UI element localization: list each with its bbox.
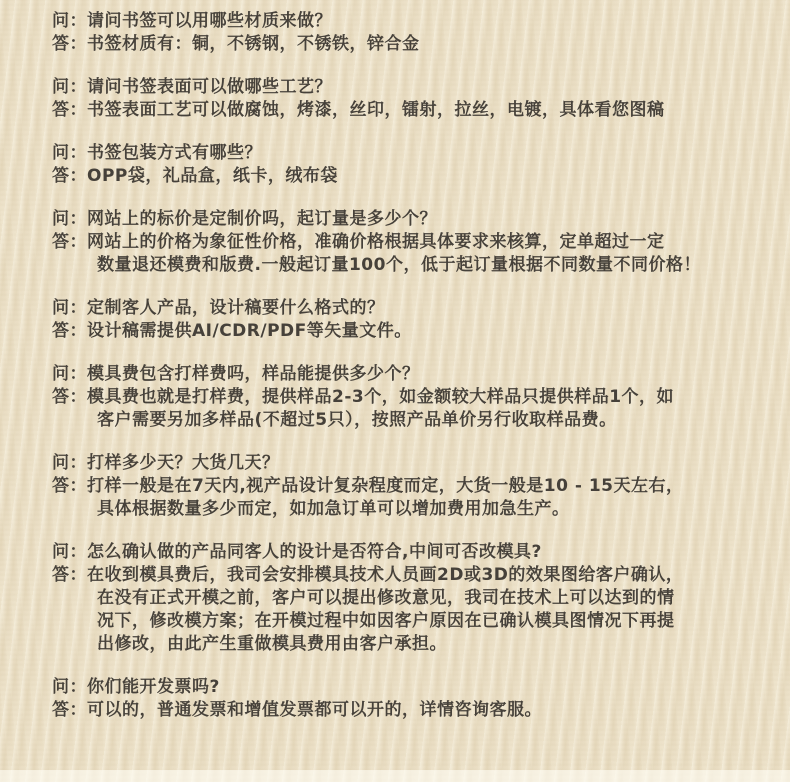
faq-item: 问： 你们能开发票吗? 答： 可以的，普通发票和增值发票都可以开的，详情咨询客服… xyxy=(52,676,762,722)
faq-item: 问： 请问书签表面可以做哪些工艺？ 答： 书签表面工艺可以做腐蚀，烤漆，丝印，镭… xyxy=(52,76,762,122)
faq-page: 问： 请问书签可以用哪些材质来做？ 答： 书签材质有：铜，不锈钢，不锈铁，锌合金… xyxy=(0,0,790,782)
faq-item: 问： 打样多少天？大货几天？ 答： 打样一般是在7天内,视产品设计复杂程度而定，… xyxy=(52,452,762,521)
question-text: 打样多少天？大货几天？ xyxy=(87,452,280,475)
answer-text: 打样一般是在7天内,视产品设计复杂程度而定，大货一般是10 - 15天左右， 具… xyxy=(87,475,684,521)
question-line: 问： 定制客人产品，设计稿要什么格式的？ xyxy=(52,297,762,320)
question-text: 请问书签表面可以做哪些工艺？ xyxy=(87,76,332,99)
answer-text: 设计稿需提供AI/CDR/PDF等矢量文件。 xyxy=(87,320,412,343)
answer-line: 答： OPP袋，礼品盒，纸卡，绒布袋 xyxy=(52,165,762,188)
question-prefix: 问： xyxy=(52,208,87,231)
answer-text: 书签材质有：铜，不锈钢，不锈铁，锌合金 xyxy=(87,33,420,56)
answer-text: 可以的，普通发票和增值发票都可以开的，详情咨询客服。 xyxy=(87,699,542,722)
faq-list: 问： 请问书签可以用哪些材质来做？ 答： 书签材质有：铜，不锈钢，不锈铁，锌合金… xyxy=(0,0,790,722)
answer-text: 在收到模具费后，我司会安排模具技术人员画2D或3D的效果图给客户确认， 在没有正… xyxy=(87,564,683,656)
question-text: 请问书签可以用哪些材质来做？ xyxy=(87,10,332,33)
question-line: 问： 请问书签可以用哪些材质来做？ xyxy=(52,10,762,33)
question-text: 网站上的标价是定制价吗，起订量是多少个？ xyxy=(87,208,437,231)
answer-text: 模具费也就是打样费，提供样品2-3个，如金额较大样品只提供样品1个，如 客户需要… xyxy=(87,386,674,432)
answer-text: 书签表面工艺可以做腐蚀，烤漆，丝印，镭射，拉丝，电镀，具体看您图稿 xyxy=(87,99,665,122)
question-prefix: 问： xyxy=(52,76,87,99)
answer-prefix: 答： xyxy=(52,564,87,587)
question-text: 你们能开发票吗? xyxy=(87,676,220,699)
answer-prefix: 答： xyxy=(52,165,87,188)
question-text: 书签包装方式有哪些？ xyxy=(87,142,262,165)
answer-prefix: 答： xyxy=(52,475,87,498)
faq-item: 问： 怎么确认做的产品同客人的设计是否符合,中间可否改模具? 答： 在收到模具费… xyxy=(52,541,762,656)
question-line: 问： 怎么确认做的产品同客人的设计是否符合,中间可否改模具? xyxy=(52,541,762,564)
question-line: 问： 打样多少天？大货几天？ xyxy=(52,452,762,475)
question-prefix: 问： xyxy=(52,541,87,564)
answer-prefix: 答： xyxy=(52,320,87,343)
faq-item: 问： 模具费包含打样费吗，样品能提供多少个？ 答： 模具费也就是打样费，提供样品… xyxy=(52,363,762,432)
faq-item: 问： 书签包装方式有哪些？ 答： OPP袋，礼品盒，纸卡，绒布袋 xyxy=(52,142,762,188)
answer-line: 答： 书签材质有：铜，不锈钢，不锈铁，锌合金 xyxy=(52,33,762,56)
question-text: 怎么确认做的产品同客人的设计是否符合,中间可否改模具? xyxy=(87,541,542,564)
question-prefix: 问： xyxy=(52,10,87,33)
faq-item: 问： 请问书签可以用哪些材质来做？ 答： 书签材质有：铜，不锈钢，不锈铁，锌合金 xyxy=(52,10,762,56)
question-line: 问： 网站上的标价是定制价吗，起订量是多少个？ xyxy=(52,208,762,231)
answer-prefix: 答： xyxy=(52,386,87,409)
faq-item: 问： 网站上的标价是定制价吗，起订量是多少个？ 答： 网站上的价格为象征性价格，… xyxy=(52,208,762,277)
question-text: 模具费包含打样费吗，样品能提供多少个？ xyxy=(87,363,420,386)
question-prefix: 问： xyxy=(52,676,87,699)
answer-line: 答： 可以的，普通发票和增值发票都可以开的，详情咨询客服。 xyxy=(52,699,762,722)
question-line: 问： 请问书签表面可以做哪些工艺？ xyxy=(52,76,762,99)
bottom-strip xyxy=(0,770,790,782)
answer-line: 答： 模具费也就是打样费，提供样品2-3个，如金额较大样品只提供样品1个，如 客… xyxy=(52,386,762,432)
question-text: 定制客人产品，设计稿要什么格式的？ xyxy=(87,297,385,320)
answer-line: 答： 在收到模具费后，我司会安排模具技术人员画2D或3D的效果图给客户确认， 在… xyxy=(52,564,762,656)
question-prefix: 问： xyxy=(52,363,87,386)
answer-line: 答： 打样一般是在7天内,视产品设计复杂程度而定，大货一般是10 - 15天左右… xyxy=(52,475,762,521)
answer-line: 答： 设计稿需提供AI/CDR/PDF等矢量文件。 xyxy=(52,320,762,343)
answer-text: OPP袋，礼品盒，纸卡，绒布袋 xyxy=(87,165,338,188)
question-prefix: 问： xyxy=(52,452,87,475)
answer-line: 答： 书签表面工艺可以做腐蚀，烤漆，丝印，镭射，拉丝，电镀，具体看您图稿 xyxy=(52,99,762,122)
faq-item: 问： 定制客人产品，设计稿要什么格式的？ 答： 设计稿需提供AI/CDR/PDF… xyxy=(52,297,762,343)
answer-prefix: 答： xyxy=(52,699,87,722)
question-prefix: 问： xyxy=(52,142,87,165)
question-prefix: 问： xyxy=(52,297,87,320)
answer-text: 网站上的价格为象征性价格，准确价格根据具体要求来核算，定单超过一定 数量退还模费… xyxy=(87,231,701,277)
question-line: 问： 模具费包含打样费吗，样品能提供多少个？ xyxy=(52,363,762,386)
question-line: 问： 你们能开发票吗? xyxy=(52,676,762,699)
answer-prefix: 答： xyxy=(52,99,87,122)
answer-line: 答： 网站上的价格为象征性价格，准确价格根据具体要求来核算，定单超过一定 数量退… xyxy=(52,231,762,277)
answer-prefix: 答： xyxy=(52,33,87,56)
answer-prefix: 答： xyxy=(52,231,87,254)
question-line: 问： 书签包装方式有哪些？ xyxy=(52,142,762,165)
